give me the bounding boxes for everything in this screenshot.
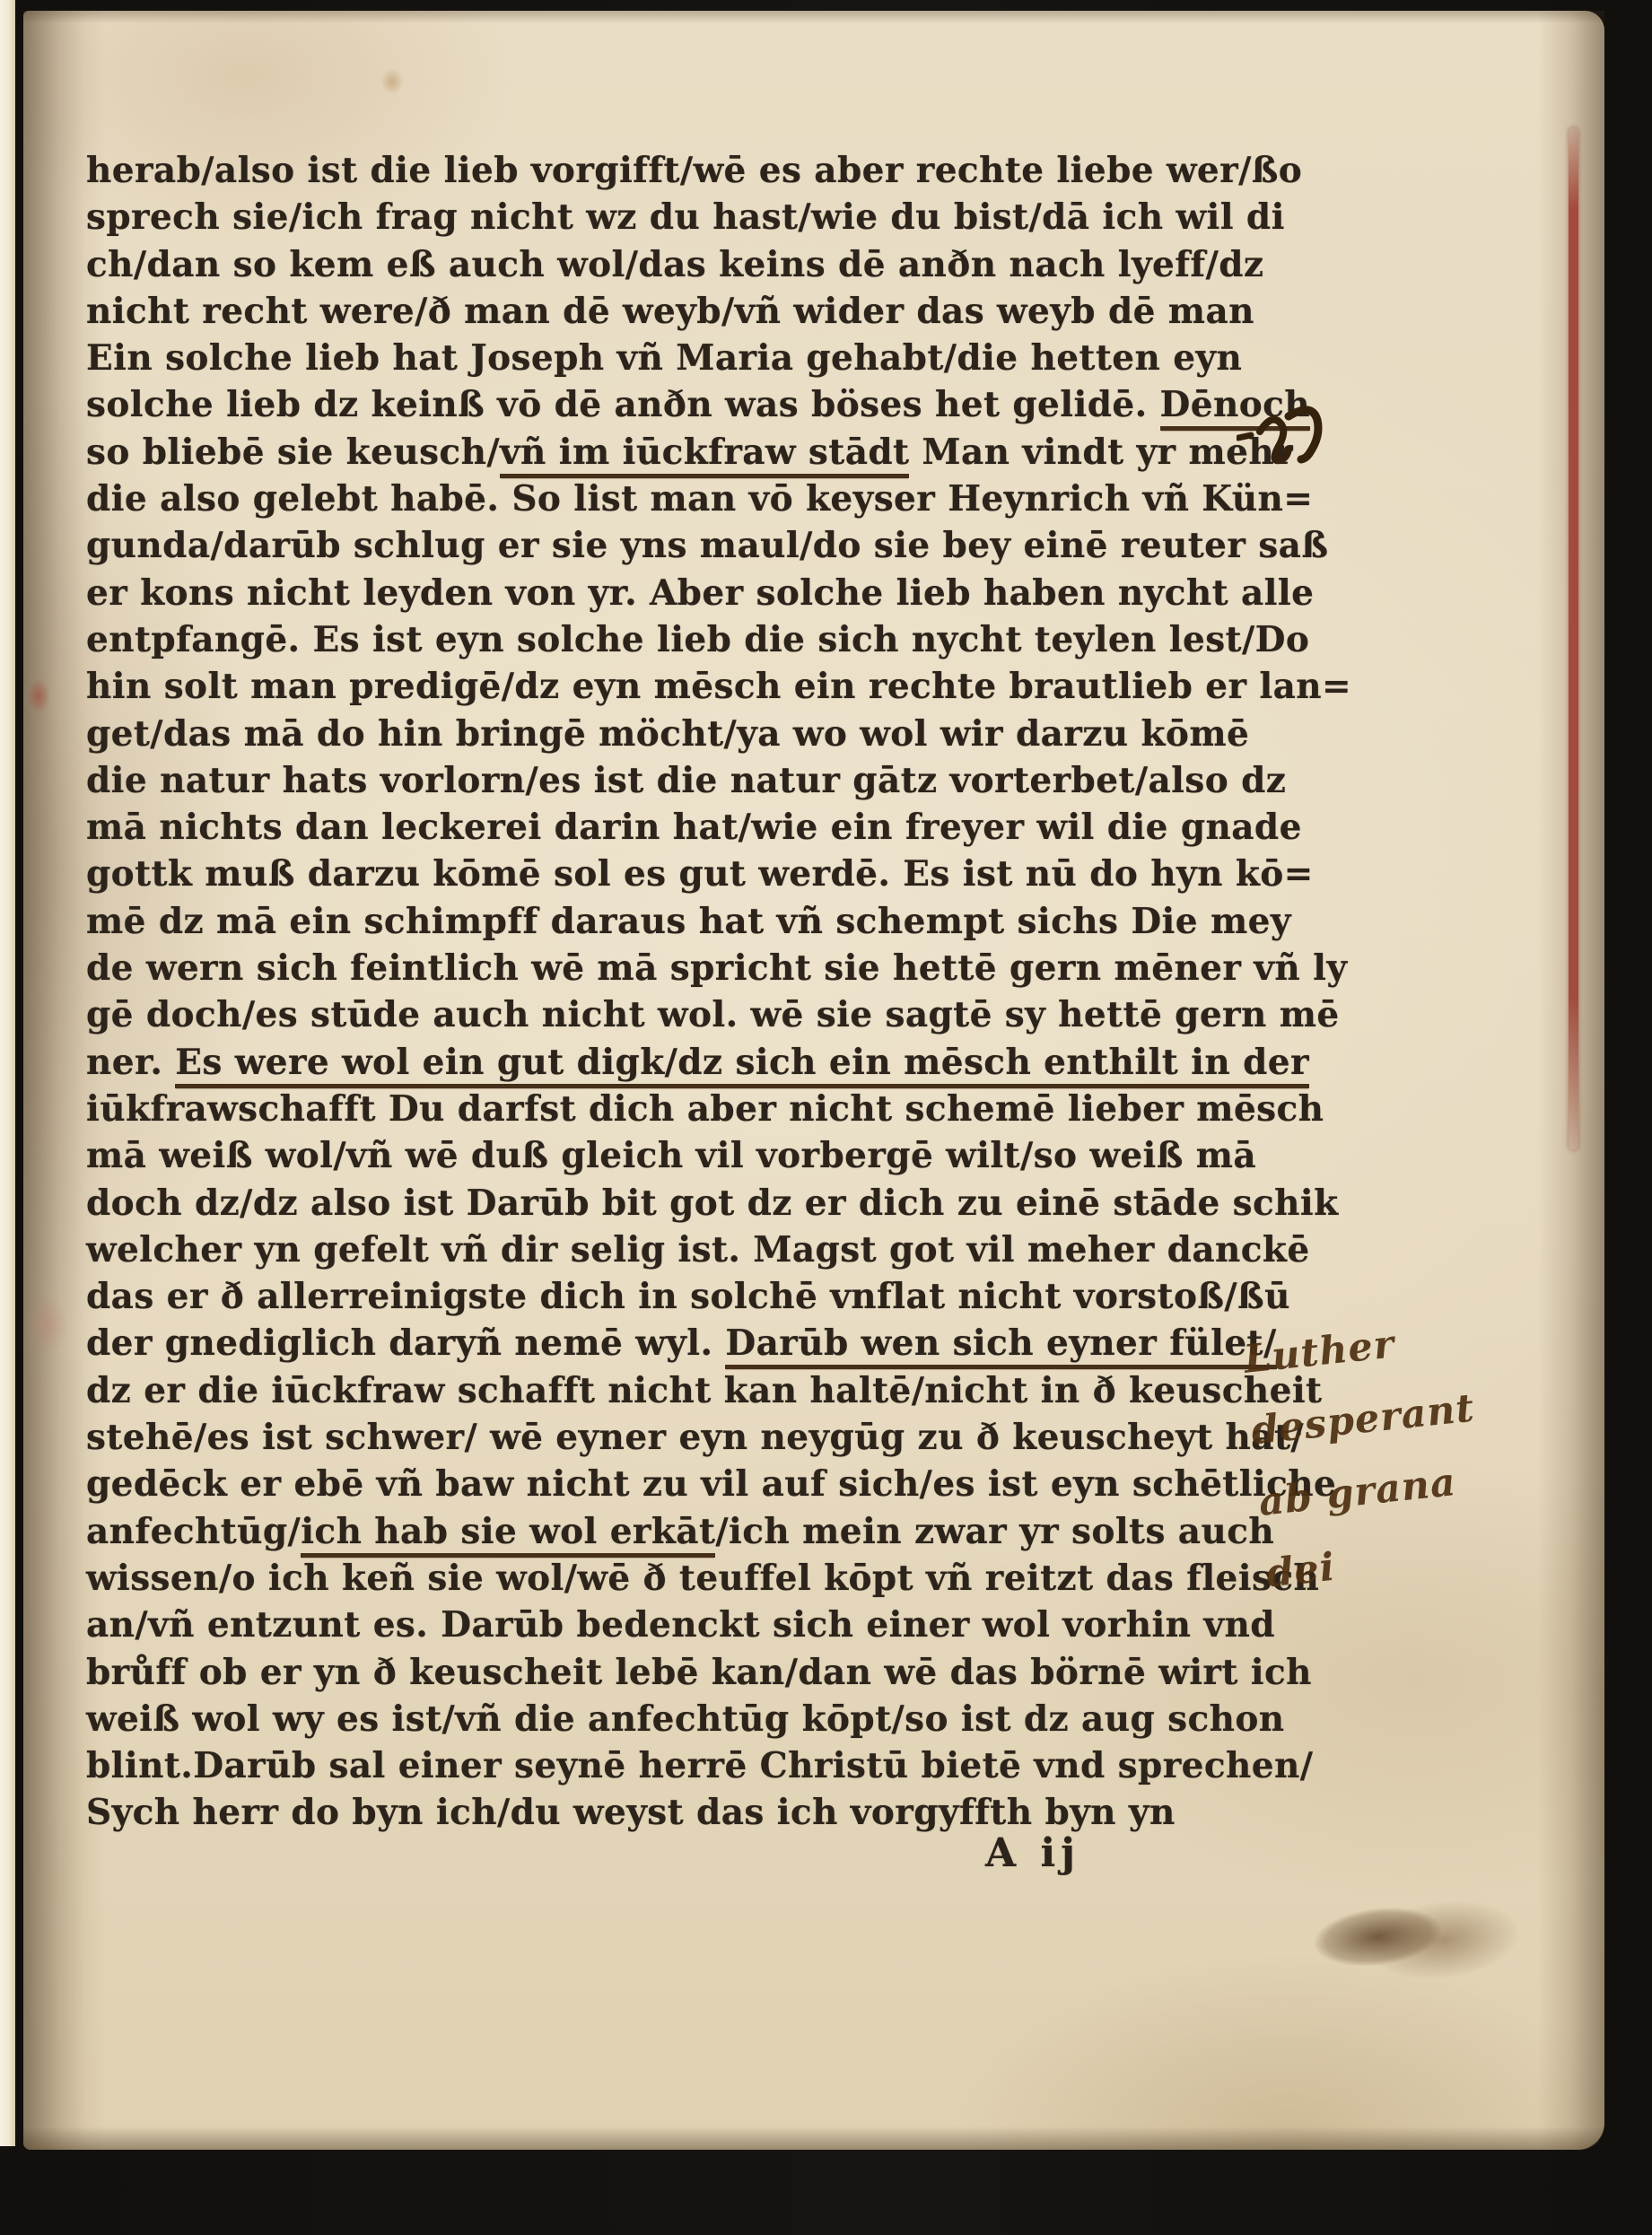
text-segment: wissen/o ich keñ sie wol/wē ð teuffel kō… (86, 1558, 1319, 1599)
text-line: mā nichts dan leckerei darin hat/wie ein… (86, 804, 1271, 851)
text-line: ch/dan so kem eß auch wol/das keins dē a… (86, 241, 1271, 288)
signature-mark: A ij (985, 1830, 1080, 1876)
text-line: iūkfrawschafft Du darfst dich aber nicht… (86, 1086, 1271, 1132)
text-line: welcher yn gefelt vñ dir selig ist. Mags… (86, 1227, 1271, 1273)
text-line: brůff ob er yn ð keuscheit lebē kan/dan … (86, 1649, 1271, 1696)
text-segment: so bliebē sie keusch/ (86, 432, 500, 473)
text-line: get/das mā do hin bringē möcht/ya wo wol… (86, 711, 1271, 757)
text-segment: entpfangē. Es ist eyn solche lieb die si… (86, 619, 1309, 660)
text-segment: sprech sie/ich frag nicht wz du hast/wie… (86, 196, 1285, 238)
text-line: die also gelebt habē. So list man vō key… (86, 476, 1271, 522)
text-segment: welcher yn gefelt vñ dir selig ist. Mags… (86, 1229, 1310, 1270)
text-segment: solche lieb dz keinß vō dē anðn was böse… (86, 384, 1160, 425)
text-segment: die natur hats vorlorn/es ist die natur … (86, 760, 1286, 801)
text-segment: ch/dan so kem eß auch wol/das keins dē a… (86, 244, 1263, 285)
text-segment: der gnediglich daryñ nemē wyl. (86, 1323, 725, 1364)
text-segment: das er ð allerreinigste dich in solchē v… (86, 1276, 1290, 1317)
text-segment: gedēck er ebē vñ baw nicht zu vil auf si… (86, 1463, 1336, 1505)
left-page-edge (0, 0, 15, 2146)
text-segment: de wern sich feintlich wē mā spricht sie… (86, 947, 1347, 989)
text-line: doch dz/dz also ist Darūb bit got dz er … (86, 1180, 1271, 1227)
text-segment: nicht recht were/ð man dē weyb/vñ wider … (86, 291, 1254, 332)
text-segment: mā weiß wol/vñ wē duß gleich vil vorberg… (86, 1135, 1256, 1176)
underline-ink: Es were wol ein gut digk/dz sich ein mēs… (175, 1042, 1309, 1088)
scan-background: herab/also ist die lieb vorgifft/wē es a… (0, 0, 1652, 2235)
text-line: an/vñ entzunt es. Darūb bedenckt sich ei… (86, 1602, 1271, 1648)
text-line: er kons nicht leyden von yr. Aber solche… (86, 570, 1271, 616)
marginalia-note: Luther desperant ab grana dei (1240, 1294, 1565, 1611)
text-line: Ein solche lieb hat Joseph vñ Maria geha… (86, 335, 1271, 381)
text-segment: mē dz mā ein schimpff daraus hat vñ sche… (86, 901, 1291, 942)
text-segment: weiß wol wy es ist/vñ die anfechtūg kōpt… (86, 1698, 1285, 1740)
text-block: herab/also ist die lieb vorgifft/wē es a… (86, 147, 1271, 1837)
page-top-edge-shadow (23, 11, 1604, 23)
text-line: de wern sich feintlich wē mā spricht sie… (86, 945, 1271, 991)
text-line: ner. Es were wol ein gut digk/dz sich ei… (86, 1039, 1271, 1086)
text-line: entpfangē. Es ist eyn solche lieb die si… (86, 616, 1271, 663)
text-line: weiß wol wy es ist/vñ die anfechtūg kōpt… (86, 1696, 1271, 1742)
text-line: die natur hats vorlorn/es ist die natur … (86, 757, 1271, 804)
text-segment: hin solt man predigē/dz eyn mēsch ein re… (86, 666, 1351, 707)
underline-ink: ich hab sie wol erkāt (301, 1511, 715, 1558)
smudge-left-edge (27, 1296, 68, 1354)
text-line: der gnediglich daryñ nemē wyl. Darūb wen… (86, 1320, 1271, 1366)
text-segment: blint.Darūb sal einer seynē herrē Christ… (86, 1745, 1313, 1786)
text-line: gedēck er ebē vñ baw nicht zu vil auf si… (86, 1461, 1271, 1507)
text-segment: Sych herr do byn ich/du weyst das ich vo… (86, 1792, 1176, 1833)
text-segment: herab/also ist die lieb vorgifft/wē es a… (86, 150, 1302, 191)
text-segment: anfechtūg/ (86, 1511, 301, 1552)
page-bottom-edge-shadow (23, 2126, 1604, 2150)
text-line: gunda/darūb schlug er sie yns maul/do si… (86, 522, 1271, 569)
text-line: nicht recht were/ð man dē weyb/vñ wider … (86, 288, 1271, 335)
text-line: das er ð allerreinigste dich in solchē v… (86, 1273, 1271, 1320)
text-line: wissen/o ich keñ sie wol/wē ð teuffel kō… (86, 1555, 1271, 1602)
underline-ink: Darūb wen sich eyner fület/ (725, 1323, 1276, 1369)
text-segment: mā nichts dan leckerei darin hat/wie ein… (86, 807, 1302, 848)
text-segment: dz er die iūckfraw schafft nicht kan hal… (86, 1370, 1322, 1411)
text-segment: /ich mein zwar yr solts auch (715, 1511, 1274, 1552)
text-line: hin solt man predigē/dz eyn mēsch ein re… (86, 663, 1271, 710)
text-line: solche lieb dz keinß vō dē anðn was böse… (86, 381, 1271, 428)
text-segment: brůff ob er yn ð keuscheit lebē kan/dan … (86, 1652, 1312, 1693)
text-line: Sych herr do byn ich/du weyst das ich vo… (86, 1789, 1271, 1836)
text-segment: Man vindt yr mehr (909, 432, 1293, 473)
text-line: sprech sie/ich frag nicht wz du hast/wie… (86, 194, 1271, 240)
red-fore-edge (1569, 127, 1578, 1150)
text-line: mā weiß wol/vñ wē duß gleich vil vorberg… (86, 1132, 1271, 1179)
stain-left-edge (27, 678, 50, 714)
underline-ink: vñ im iūckfraw stādt (500, 432, 909, 478)
text-line: stehē/es ist schwer/ wē eyner eyn neygūg… (86, 1414, 1271, 1461)
text-line: mē dz mā ein schimpff daraus hat vñ sche… (86, 898, 1271, 945)
text-segment: iūkfrawschafft Du darfst dich aber nicht… (86, 1088, 1324, 1130)
text-segment: Ein solche lieb hat Joseph vñ Maria geha… (86, 337, 1242, 379)
text-line: so bliebē sie keusch/vñ im iūckfraw stād… (86, 429, 1271, 476)
text-segment: doch dz/dz also ist Darūb bit got dz er … (86, 1183, 1339, 1224)
text-line: blint.Darūb sal einer seynē herrē Christ… (86, 1742, 1271, 1789)
text-line: dz er die iūckfraw schafft nicht kan hal… (86, 1367, 1271, 1414)
text-segment: er kons nicht leyden von yr. Aber solche… (86, 572, 1314, 614)
text-segment: an/vñ entzunt es. Darūb bedenckt sich ei… (86, 1604, 1275, 1646)
text-segment: ner. (86, 1042, 175, 1083)
text-segment: get/das mā do hin bringē möcht/ya wo wol… (86, 713, 1249, 755)
margin-nota-mark (1237, 391, 1344, 493)
paper-speck (380, 68, 404, 95)
text-segment: die also gelebt habē. So list man vō key… (86, 478, 1313, 519)
text-segment: gottk muß darzu kōmē sol es gut werdē. E… (86, 853, 1314, 895)
text-line: herab/also ist die lieb vorgifft/wē es a… (86, 147, 1271, 194)
text-segment: gunda/darūb schlug er sie yns maul/do si… (86, 525, 1328, 566)
text-line: gē doch/es stūde auch nicht wol. wē sie … (86, 991, 1271, 1038)
text-segment: stehē/es ist schwer/ wē eyner eyn neygūg… (86, 1417, 1304, 1458)
text-segment: gē doch/es stūde auch nicht wol. wē sie … (86, 994, 1340, 1035)
text-line: gottk muß darzu kōmē sol es gut werdē. E… (86, 851, 1271, 897)
text-line: anfechtūg/ich hab sie wol erkāt/ich mein… (86, 1508, 1271, 1555)
